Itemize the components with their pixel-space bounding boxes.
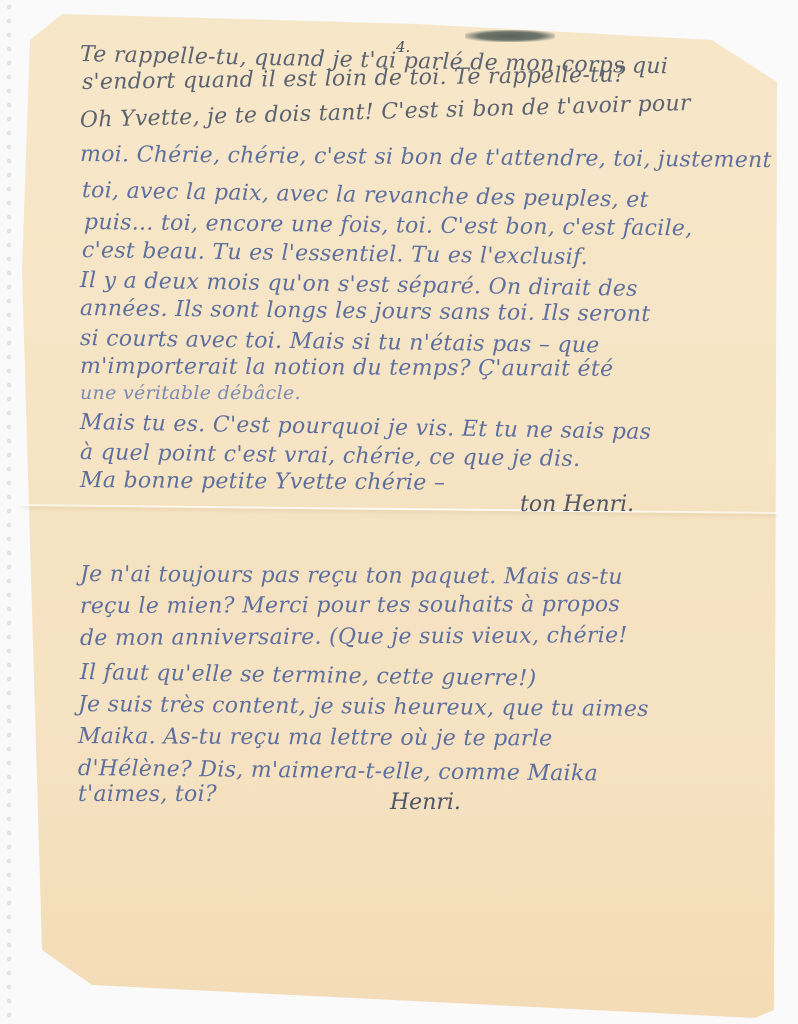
letter-line: Je suis très content, je suis heureux, q… bbox=[78, 692, 649, 722]
ink-stain bbox=[465, 30, 555, 42]
signature-henri: Henri. bbox=[390, 790, 461, 815]
letter-line: reçu le mien? Merci pour tes souhaits à … bbox=[80, 592, 620, 619]
signature-ton-henri: ton Henri. bbox=[520, 492, 634, 517]
letter-line: t'aimes, toi? bbox=[78, 782, 217, 807]
letter-line: m'importerait la notion du temps? Ç'aura… bbox=[80, 354, 613, 382]
binder-hole-strip bbox=[4, 0, 14, 1024]
letter-line: Maika. As-tu reçu ma lettre où je te par… bbox=[78, 724, 553, 751]
letter-line: de mon anniversaire. (Que je suis vieux,… bbox=[80, 623, 628, 651]
letter-line: une véritable débâcle. bbox=[80, 382, 301, 404]
letter-line: Je n'ai toujours pas reçu ton paquet. Ma… bbox=[80, 562, 623, 590]
letter-line: Ma bonne petite Yvette chérie – bbox=[80, 468, 445, 496]
